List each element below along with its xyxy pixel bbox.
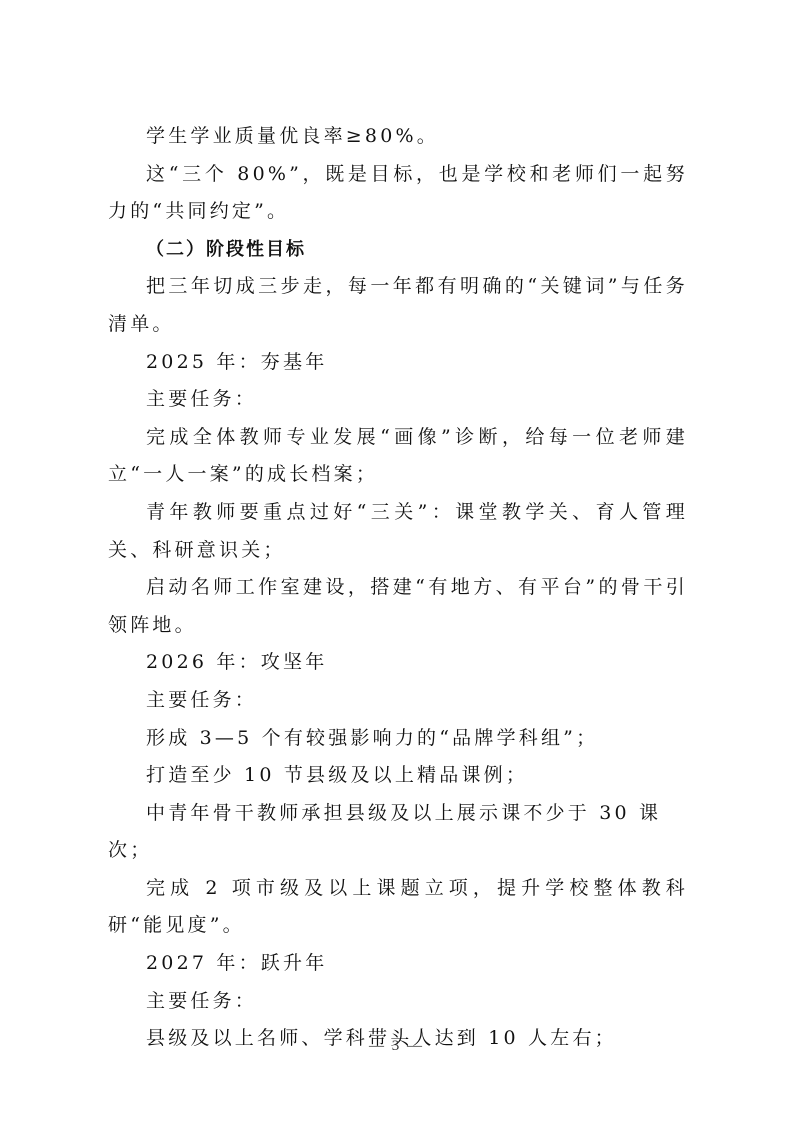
document-page-body: 学生学业质量优良率≥80%。 这“三个 80%”，既是目标，也是学校和老师们一起… xyxy=(108,118,688,1058)
task-2025-teacher-portrait: 完成全体教师专业发展“画像”诊断，给每一位老师建立“一人一案”的成长档案； xyxy=(108,419,688,494)
main-tasks-label-2026: 主要任务： xyxy=(108,682,688,720)
main-tasks-label-2025: 主要任务： xyxy=(108,381,688,419)
page-number: — 3 — xyxy=(0,1038,793,1055)
year-2027-heading: 2027 年：跃升年 xyxy=(108,945,688,983)
task-2026-brand-groups: 形成 3—5 个有较强影响力的“品牌学科组”； xyxy=(108,720,688,758)
paragraph-three-steps: 把三年切成三步走，每一年都有明确的“关键词”与任务清单。 xyxy=(108,268,688,343)
section-heading-stage-goals: （二）阶段性目标 xyxy=(108,231,688,269)
year-2026-heading: 2026 年：攻坚年 xyxy=(108,644,688,682)
task-2025-master-studio: 启动名师工作室建设，搭建“有地方、有平台”的骨干引领阵地。 xyxy=(108,569,688,644)
main-tasks-label-2027: 主要任务： xyxy=(108,983,688,1021)
year-2025-heading: 2025 年：夯基年 xyxy=(108,344,688,382)
task-2026-demo-lessons: 中青年骨干教师承担县级及以上展示课不少于 30 课次； xyxy=(108,795,688,870)
task-2026-quality-lessons: 打造至少 10 节县级及以上精品课例； xyxy=(108,757,688,795)
task-2026-research-projects: 完成 2 项市级及以上课题立项，提升学校整体教科研“能见度”。 xyxy=(108,870,688,945)
task-2025-young-teachers: 青年教师要重点过好“三关”：课堂教学关、育人管理关、科研意识关； xyxy=(108,494,688,569)
paragraph-three-80-percent: 这“三个 80%”，既是目标，也是学校和老师们一起努力的“共同约定”。 xyxy=(108,156,688,231)
paragraph-quality-rate: 学生学业质量优良率≥80%。 xyxy=(108,118,688,156)
